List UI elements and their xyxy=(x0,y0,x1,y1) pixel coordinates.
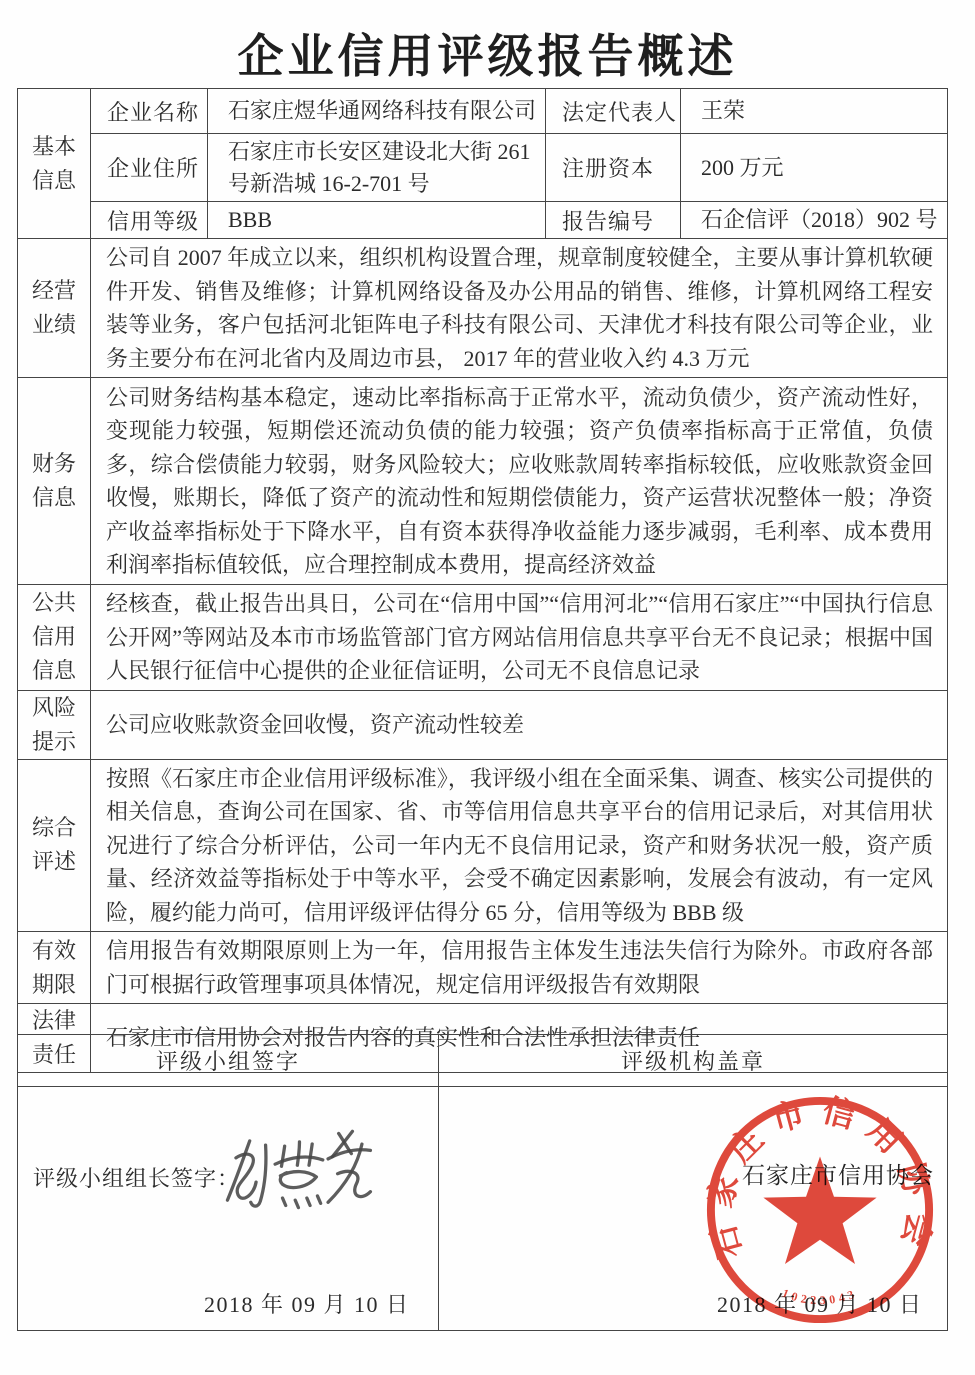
official-seal: 石家庄市信用协会 0102230430 xyxy=(701,1091,939,1329)
seal-star-icon xyxy=(763,1156,876,1264)
section-text-risk-warning: 公司应收账款资金回收慢，资产流动性较差 xyxy=(91,690,948,759)
section-label-business-performance: 经营业绩 xyxy=(18,239,91,378)
header-rating-team-signature: 评级小组签字 xyxy=(18,1035,439,1087)
table-row: 公共信用信息 经核查，截止报告出具日，公司在“信用中国”“信用河北”“信用石家庄… xyxy=(18,585,948,691)
field-label-legal-representative: 法定代表人 xyxy=(546,89,681,134)
table-row: 有效期限 信用报告有效期限原则上为一年，信用报告主体发生违法失信行为除外。市政府… xyxy=(18,932,948,1004)
field-value-legal-representative: 王荣 xyxy=(681,89,948,134)
section-label-basic-info: 基本信息 xyxy=(18,89,91,239)
table-row: 经营业绩 公司自 2007 年成立以来，组织机构设置合理，规章制度较健全，主要从… xyxy=(18,239,948,378)
section-label-comprehensive-review: 综合评述 xyxy=(18,759,91,932)
report-page: 企业信用评级报告概述 基本信息 企业名称 石家庄煜华通网络科技有限公司 法定代表… xyxy=(0,0,975,1375)
section-text-financial-info: 公司财务结构基本稳定，速动比率指标高于正常水平，流动负债少，资产流动性好，变现能… xyxy=(91,378,948,585)
field-value-company-address: 石家庄市长安区建设北大街 261号新浩城 16-2-701 号 xyxy=(208,134,546,202)
seal-cell: 石家庄市信用协会 2018 年 09 月 10 日 石家庄市信用协会 xyxy=(439,1087,948,1331)
signature-cell: 评级小组组长签字： xyxy=(18,1087,439,1331)
table-row: 企业住所 石家庄市长安区建设北大街 261号新浩城 16-2-701 号 注册资… xyxy=(18,134,948,202)
table-row: 基本信息 企业名称 石家庄煜华通网络科技有限公司 法定代表人 王荣 xyxy=(18,89,948,134)
table-row: 财务信息 公司财务结构基本稳定，速动比率指标高于正常水平，流动负债少，资产流动性… xyxy=(18,378,948,585)
section-label-financial-info: 财务信息 xyxy=(18,378,91,585)
field-label-company-address: 企业住所 xyxy=(91,134,208,202)
field-value-report-number: 石企信评（2018）902 号 xyxy=(681,202,948,239)
section-text-comprehensive-review: 按照《石家庄市企业信用评级标准》，我评级小组在全面采集、调查、核实公司提供的相关… xyxy=(91,759,948,932)
table-row: 风险提示 公司应收账款资金回收慢，资产流动性较差 xyxy=(18,690,948,759)
report-table: 基本信息 企业名称 石家庄煜华通网络科技有限公司 法定代表人 王荣 企业住所 石… xyxy=(17,88,948,1073)
section-label-validity-period: 有效期限 xyxy=(18,932,91,1004)
section-text-business-performance: 公司自 2007 年成立以来，组织机构设置合理，规章制度较健全，主要从事计算机软… xyxy=(91,239,948,378)
table-row: 信用等级 BBB 报告编号 石企信评（2018）902 号 xyxy=(18,202,948,239)
page-title: 企业信用评级报告概述 xyxy=(0,20,975,86)
field-label-registered-capital: 注册资本 xyxy=(546,134,681,202)
signature-seal-table: 评级小组签字 评级机构盖章 评级小组组长签字： xyxy=(17,1034,948,1331)
field-value-credit-rating: BBB xyxy=(208,202,546,239)
table-row: 评级小组签字 评级机构盖章 xyxy=(18,1035,948,1087)
field-label-credit-rating: 信用等级 xyxy=(91,202,208,239)
section-text-validity-period: 信用报告有效期限原则上为一年，信用报告主体发生违法失信行为除外。市政府各部门可根… xyxy=(91,932,948,1004)
field-label-company-name: 企业名称 xyxy=(91,89,208,134)
handwritten-signature xyxy=(201,1119,381,1239)
section-text-public-credit-info: 经核查，截止报告出具日，公司在“信用中国”“信用河北”“信用石家庄”“中国执行信… xyxy=(91,585,948,691)
section-label-public-credit-info: 公共信用信息 xyxy=(18,585,91,691)
field-value-registered-capital: 200 万元 xyxy=(681,134,948,202)
table-row: 评级小组组长签字： xyxy=(18,1087,948,1331)
header-rating-agency-seal: 评级机构盖章 xyxy=(439,1035,948,1087)
field-label-report-number: 报告编号 xyxy=(546,202,681,239)
signature-date: 2018 年 09 月 10 日 xyxy=(204,1288,410,1319)
field-value-company-name: 石家庄煜华通网络科技有限公司 xyxy=(208,89,546,134)
table-row: 综合评述 按照《石家庄市企业信用评级标准》，我评级小组在全面采集、调查、核实公司… xyxy=(18,759,948,932)
section-label-risk-warning: 风险提示 xyxy=(18,690,91,759)
